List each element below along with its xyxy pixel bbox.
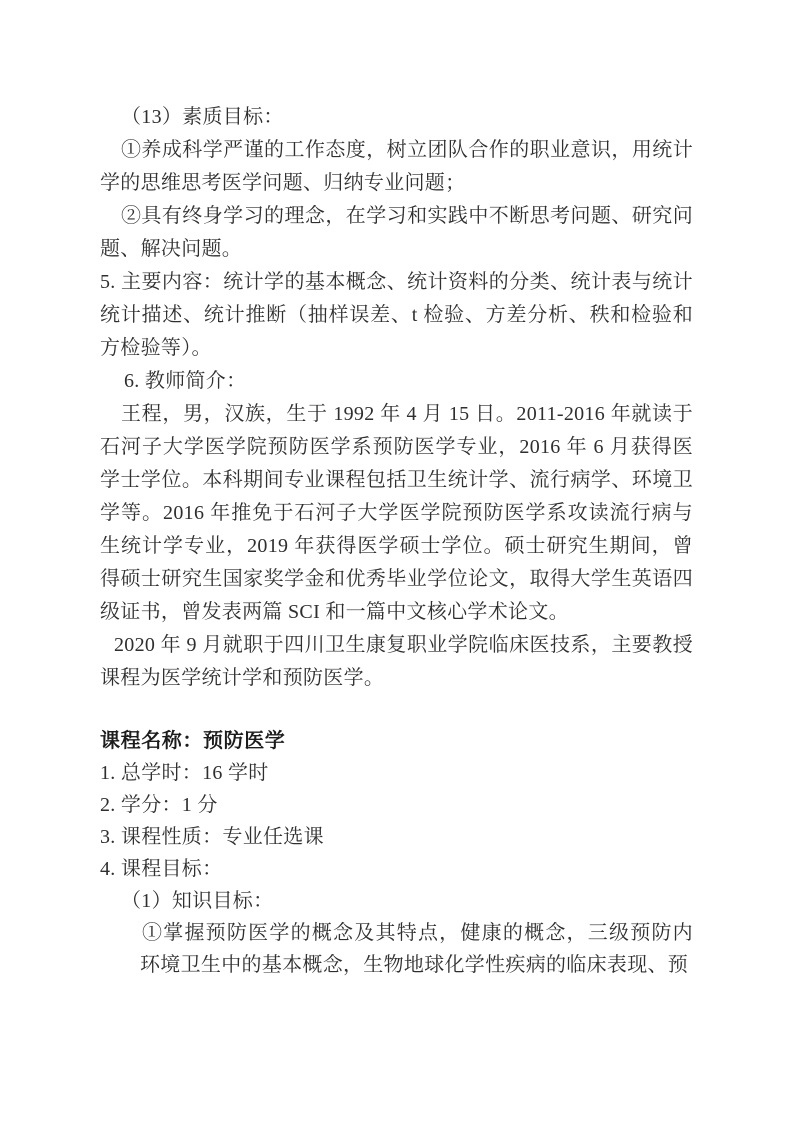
text-line: 石河子大学医学院预防医学系预防医学专业，2016 年 6 月获得医学 xyxy=(100,431,693,464)
blank-line xyxy=(100,695,693,725)
course-objectives-line: 4. 课程目标： xyxy=(100,853,693,885)
text-line: 环境卫生中的基本概念，生物地球化学性疾病的临床表现、预 xyxy=(100,949,693,981)
text-line: 方检验等）。 xyxy=(100,332,693,365)
text-line: 课程为医学统计学和预防医学。 xyxy=(100,662,693,695)
course-title-line: 课程名称：预防医学 xyxy=(100,725,693,757)
total-hours-line: 1. 总学时：16 学时 xyxy=(100,757,693,789)
text-line: 学等。2016 年推免于石河子大学医学院预防医学系攻读流行病与卫 xyxy=(100,497,693,530)
text-line: 级证书，曾发表两篇 SCI 和一篇中文核心学术论文。 xyxy=(100,596,693,629)
credits-line: 2. 学分：1 分 xyxy=(100,789,693,821)
text-line: 题、解决问题。 xyxy=(100,233,693,266)
text-line: 学士学位。本科期间专业课程包括卫生统计学、流行病学、环境卫生 xyxy=(100,464,693,497)
text-line: 得硕士研究生国家奖学金和优秀毕业学位论文，取得大学生英语四六 xyxy=(100,563,693,596)
text-column: （13）素质目标：①养成科学严谨的工作态度，树立团队合作的职业意识，用统计学的思… xyxy=(100,101,693,981)
text-line: （1）知识目标： xyxy=(100,885,693,917)
text-line: ①掌握预防医学的概念及其特点，健康的概念，三级预防内容， xyxy=(100,917,693,949)
text-line: 2020 年 9 月就职于四川卫生康复职业学院临床医技系，主要教授 xyxy=(100,629,693,662)
section-statistics-course: （13）素质目标：①养成科学严谨的工作态度，树立团队合作的职业意识，用统计学的思… xyxy=(100,101,693,695)
text-line: 王程，男，汉族，生于 1992 年 4 月 15 日。2011-2016 年就读… xyxy=(100,398,693,431)
text-line: 统计描述、统计推断（抽样误差、t 检验、方差分析、秩和检验和卡 xyxy=(100,299,693,332)
text-line: 5. 主要内容：统计学的基本概念、统计资料的分类、统计表与统计图、 xyxy=(100,266,693,299)
text-line: ②具有终身学习的理念，在学习和实践中不断思考问题、研究问 xyxy=(100,200,693,233)
text-line: ①养成科学严谨的工作态度，树立团队合作的职业意识，用统计 xyxy=(100,134,693,167)
text-line: 6. 教师简介： xyxy=(100,365,693,398)
text-line: （13）素质目标： xyxy=(100,101,693,134)
section-preventive-medicine-course: 课程名称：预防医学1. 总学时：16 学时2. 学分：1 分3. 课程性质：专业… xyxy=(100,725,693,981)
course-type-line: 3. 课程性质：专业任选课 xyxy=(100,821,693,853)
text-line: 生统计学专业，2019 年获得医学硕士学位。硕士研究生期间，曾获 xyxy=(100,530,693,563)
text-line: 学的思维思考医学问题、归纳专业问题； xyxy=(100,167,693,200)
document-page: （13）素质目标：①养成科学严谨的工作态度，树立团队合作的职业意识，用统计学的思… xyxy=(0,0,793,1122)
